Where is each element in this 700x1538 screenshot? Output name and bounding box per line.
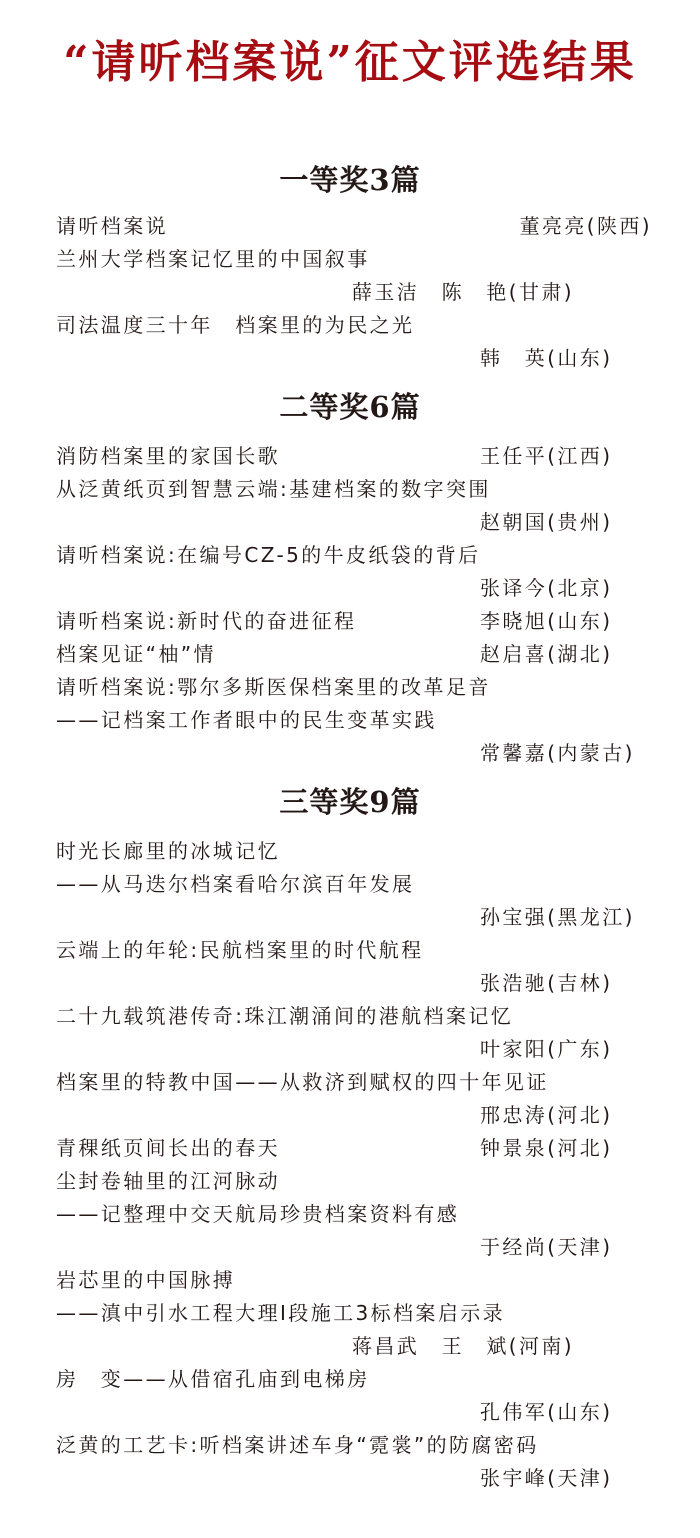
entry-title: 档案里的特教中国——从救济到赋权的四十年见证 — [56, 1066, 549, 1099]
list-item: 叶家阳(广东) — [56, 1033, 656, 1066]
entry-title: 岩芯里的中国脉搏 — [56, 1264, 235, 1297]
entry-author: 于经尚(天津) — [480, 1231, 612, 1264]
list-item: 司法温度三十年 档案里的为民之光 — [56, 309, 656, 342]
entry-title: 从泛黄纸页到智慧云端:基建档案的数字突围 — [56, 473, 491, 506]
list-item: 档案见证“柚”情赵启喜(湖北) — [56, 638, 656, 671]
entry-title: 云端上的年轮:民航档案里的时代航程 — [56, 934, 424, 967]
list-item: ——从马迭尔档案看哈尔滨百年发展 — [56, 868, 656, 901]
entry-title: 请听档案说:鄂尔多斯医保档案里的改革足音 — [56, 671, 491, 704]
entry-author: 蒋昌武 王 斌(河南) — [352, 1330, 574, 1363]
entry-subtitle: ——从马迭尔档案看哈尔滨百年发展 — [56, 868, 414, 901]
list-item: 孔伟军(山东) — [56, 1396, 656, 1429]
entry-author: 叶家阳(广东) — [480, 1033, 612, 1066]
entry-title: 尘封卷轴里的江河脉动 — [56, 1165, 280, 1198]
entry-author: 薛玉洁 陈 艳(甘肃) — [352, 276, 574, 309]
list-item: 兰州大学档案记忆里的中国叙事 — [56, 243, 656, 276]
entry-title: 泛黄的工艺卡:听档案讲述车身“霓裳”的防腐密码 — [56, 1429, 539, 1462]
list-item: 张译今(北京) — [56, 572, 656, 605]
section-heading-third-prize: 三等奖9篇 — [0, 782, 700, 822]
entry-author: 孔伟军(山东) — [480, 1396, 612, 1429]
entry-title: 兰州大学档案记忆里的中国叙事 — [56, 243, 370, 276]
entry-author: 张宇峰(天津) — [480, 1462, 612, 1495]
list-item: 青稞纸页间长出的春天钟景泉(河北) — [56, 1132, 656, 1165]
list-item: 尘封卷轴里的江河脉动 — [56, 1165, 656, 1198]
list-item: 薛玉洁 陈 艳(甘肃) — [56, 276, 656, 309]
entry-title: 请听档案说:在编号CZ-5的牛皮纸袋的背后 — [56, 539, 480, 572]
list-item: 请听档案说:新时代的奋进征程李晓旭(山东) — [56, 605, 656, 638]
entry-subtitle: ——记整理中交天航局珍贵档案资料有感 — [56, 1198, 459, 1231]
entry-title: 消防档案里的家国长歌 — [56, 440, 280, 473]
list-item: 蒋昌武 王 斌(河南) — [56, 1330, 656, 1363]
list-item: 赵朝国(贵州) — [56, 506, 656, 539]
list-item: ——记档案工作者眼中的民生变革实践 — [56, 704, 656, 737]
entry-author: 邢忠涛(河北) — [480, 1099, 612, 1132]
entry-author: 王任平(江西) — [480, 440, 612, 473]
list-item: 泛黄的工艺卡:听档案讲述车身“霓裳”的防腐密码 — [56, 1429, 656, 1462]
list-item: 请听档案说董亮亮(陕西) — [56, 210, 656, 243]
list-item: 韩 英(山东) — [56, 342, 656, 375]
entry-title: 请听档案说:新时代的奋进征程 — [56, 605, 356, 638]
list-item: 常馨嘉(内蒙古) — [56, 737, 656, 770]
entry-author: 张浩驰(吉林) — [480, 967, 612, 1000]
entry-author: 赵朝国(贵州) — [480, 506, 612, 539]
entry-author: 李晓旭(山东) — [480, 605, 612, 638]
list-item: 张浩驰(吉林) — [56, 967, 656, 1000]
list-item: 从泛黄纸页到智慧云端:基建档案的数字突围 — [56, 473, 656, 506]
list-item: ——滇中引水工程大理Ⅰ段施工3标档案启示录 — [56, 1297, 656, 1330]
entry-author: 张译今(北京) — [480, 572, 612, 605]
section-heading-first-prize: 一等奖3篇 — [0, 160, 700, 200]
entry-title: 请听档案说 — [56, 210, 168, 243]
list-item: 邢忠涛(河北) — [56, 1099, 656, 1132]
entry-title: 青稞纸页间长出的春天 — [56, 1132, 280, 1165]
entry-author: 董亮亮(陕西) — [520, 210, 652, 243]
entry-author: 孙宝强(黑龙江) — [480, 901, 635, 934]
list-item: 房 变——从借宿孔庙到电梯房 — [56, 1363, 656, 1396]
list-item: ——记整理中交天航局珍贵档案资料有感 — [56, 1198, 656, 1231]
entry-author: 常馨嘉(内蒙古) — [480, 737, 635, 770]
list-item: 请听档案说:鄂尔多斯医保档案里的改革足音 — [56, 671, 656, 704]
page-title: “请听档案说”征文评选结果 — [0, 38, 700, 88]
entry-subtitle: ——记档案工作者眼中的民生变革实践 — [56, 704, 437, 737]
entry-author: 韩 英(山东) — [480, 342, 612, 375]
list-item: 于经尚(天津) — [56, 1231, 656, 1264]
entry-author: 赵启喜(湖北) — [480, 638, 612, 671]
list-item: 二十九载筑港传奇:珠江潮涌间的港航档案记忆 — [56, 1000, 656, 1033]
entry-title: 二十九载筑港传奇:珠江潮涌间的港航档案记忆 — [56, 1000, 513, 1033]
entry-title: 时光长廊里的冰城记忆 — [56, 835, 280, 868]
entry-title: 司法温度三十年 档案里的为民之光 — [56, 309, 414, 342]
list-item: 张宇峰(天津) — [56, 1462, 656, 1495]
list-item: 云端上的年轮:民航档案里的时代航程 — [56, 934, 656, 967]
entry-title: 房 变——从借宿孔庙到电梯房 — [56, 1363, 370, 1396]
list-item: 岩芯里的中国脉搏 — [56, 1264, 656, 1297]
list-item: 档案里的特教中国——从救济到赋权的四十年见证 — [56, 1066, 656, 1099]
entry-title: 档案见证“柚”情 — [56, 638, 216, 671]
list-item: 时光长廊里的冰城记忆 — [56, 835, 656, 868]
list-item: 请听档案说:在编号CZ-5的牛皮纸袋的背后 — [56, 539, 656, 572]
section-heading-second-prize: 二等奖6篇 — [0, 387, 700, 427]
list-item: 孙宝强(黑龙江) — [56, 901, 656, 934]
list-item: 消防档案里的家国长歌王任平(江西) — [56, 440, 656, 473]
entry-author: 钟景泉(河北) — [480, 1132, 612, 1165]
entry-subtitle: ——滇中引水工程大理Ⅰ段施工3标档案启示录 — [56, 1297, 505, 1330]
